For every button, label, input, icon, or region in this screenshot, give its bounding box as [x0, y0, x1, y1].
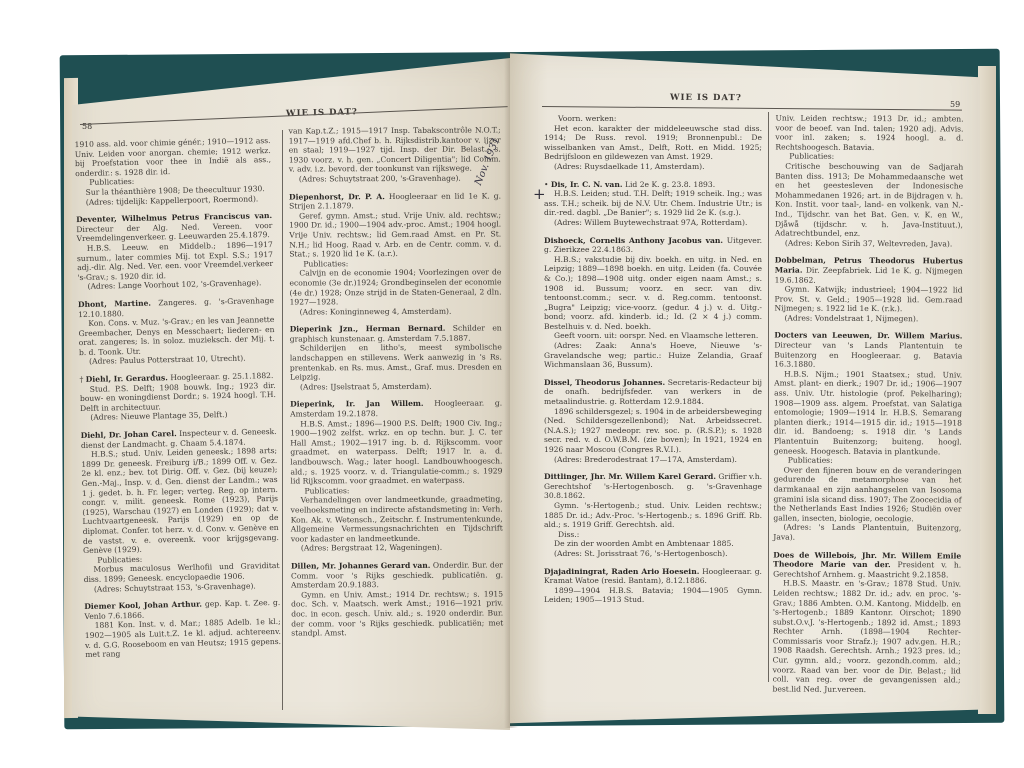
biography-entry: Dissel, Theodorus Johannes. Secretaris-R…: [544, 378, 762, 464]
biography-entry: Diemer Kool, Johan Arthur. gep. Kap. t. …: [84, 598, 281, 660]
entry-heading: 1910 ass. ald. voor chimie génér.; 1910—…: [74, 136, 271, 178]
entry-address: (Adres: Bergstraat 12, Wageningen).: [291, 543, 503, 554]
biography-entry: Dieperink Jzn., Herman Bernard. Schilder…: [290, 324, 502, 392]
entry-summary: Dir. Zeepfabriek. Lid 1e K. g. Nijmegen …: [775, 266, 963, 285]
biography-entry: Dittlinger, Jhr. Mr. Willem Karel Gerard…: [544, 472, 762, 558]
biography-entry: Dillen, Mr. Johannes Gerard van. Onderdi…: [291, 560, 503, 638]
biography-entry: Dobbelman, Petrus Theodorus Hubertus Mar…: [774, 256, 962, 324]
entry-publications-label: Diss.:: [544, 530, 762, 540]
biography-entry: 1910 ass. ald. voor chimie génér.; 1910—…: [74, 136, 271, 207]
biography-entry: Docters van Leeuwen, Dr. Willem Marius. …: [773, 331, 962, 543]
entry-summary: Univ. Leiden rechtsw.; 1913 Dr. id.; amb…: [775, 114, 963, 152]
entry-name: Dhont, Martine.: [78, 298, 151, 309]
entry-address: (Adres: Brederodestraat 17—17A, Amsterda…: [544, 455, 762, 465]
entry-publications-label: Voorn. werken:: [544, 114, 762, 124]
entry-summary: van Kap.t.Z.; 1915—1917 Insp. Tabakscont…: [289, 125, 501, 173]
entry-name: Dittlinger, Jhr. Mr. Willem Karel Gerard…: [544, 472, 716, 481]
entry-career: H.B.S. Maastr. en 's-Grav.; 1878 Stud. U…: [773, 579, 962, 695]
entry-summary: 1910 ass. ald. voor chimie génér.; 1910—…: [74, 136, 271, 178]
entry-name: Dis, Ir. C. N. van.: [551, 180, 623, 189]
entry-name: Dishoeck, Cornelis Anthony Jacobus van.: [544, 236, 723, 245]
header-rule: [542, 106, 962, 111]
entry-career: H.B.S. Leiden; stud. T.H. Delft; 1919 sc…: [544, 189, 762, 218]
handwritten-cross-mark: +: [533, 185, 546, 203]
entry-career: Schilderijen en litho's, meest symbolisc…: [290, 343, 502, 382]
entry-name: Docters van Leeuwen, Dr. Willem Marius.: [774, 331, 962, 341]
entry-name: Dieperink, Ir. Jan Willem.: [290, 399, 424, 409]
biography-entry: Univ. Leiden rechtsw.; 1913 Dr. id.; amb…: [775, 114, 964, 249]
entry-address: (Adres: IJselstraat 5, Amsterdam).: [290, 381, 502, 392]
entry-name: Dillen, Mr. Johannes Gerard van.: [291, 561, 431, 571]
entry-summary: Lid 2e K. g. 23.8. 1893.: [625, 180, 715, 189]
entry-publications: Critische beschouwing van de Sadjarah Ba…: [775, 161, 963, 239]
entry-heading: Dittlinger, Jhr. Mr. Willem Karel Gerard…: [544, 472, 762, 501]
biography-entry: • Dis, Ir. C. N. van. Lid 2e K. g. 23.8.…: [544, 180, 762, 228]
biography-entry: † Diehl, Ir. Gerardus. Hoogleeraar. g. 2…: [79, 371, 276, 423]
entry-heading: Docters van Leeuwen, Dr. Willem Marius. …: [774, 331, 962, 370]
entry-address: (Adres: Willem Buytewechstraat 97A, Rott…: [544, 218, 762, 228]
entry-name: Diepenhorst, Dr. P. A.: [289, 192, 385, 202]
entry-name: Dieperink Jzn., Herman Bernard.: [290, 324, 446, 334]
right-column-1: Voorn. werken:Het econ. karakter der mid…: [544, 114, 762, 613]
entry-heading: Djajadiningrat, Raden Ario Hoesein. Hoog…: [544, 567, 762, 586]
entry-address: (Adres: 's Lands Plantentuin, Buitenzorg…: [773, 523, 961, 543]
entry-career: 1896 schildersgezel; s. 1904 in de arbei…: [544, 407, 762, 455]
entry-heading: Dieperink Jzn., Herman Bernard. Schilder…: [290, 324, 502, 344]
biography-entry: Does de Willebois, Jhr. Mr. Willem Emile…: [773, 550, 962, 695]
entry-career: Kon. Cons. v. Muz. 's-Grav.; en les van …: [78, 315, 275, 357]
entry-heading: • Dis, Ir. C. N. van. Lid 2e K. g. 23.8.…: [544, 180, 762, 190]
entry-name: Diemer Kool, Johan Arthur.: [84, 600, 202, 611]
entry-address: (Adres: Ruysdaelkade 11, Amsterdam).: [544, 162, 762, 172]
biography-entry: Dieperink, Ir. Jan Willem. Hoogleeraar. …: [290, 399, 503, 554]
entry-heading: Univ. Leiden rechtsw.; 1913 Dr. id.; amb…: [775, 114, 963, 153]
entry-address: (Adres: St. Jorisstraat 76, 's-Hertogenb…: [544, 549, 762, 559]
entry-publications: Het econ. karakter der middeleeuwsche st…: [544, 124, 762, 162]
entry-address: (Adres: Zaak: Anna's Hoeve, Nieuwe 's-Gr…: [544, 341, 762, 370]
biography-entry: van Kap.t.Z.; 1915—1917 Insp. Tabakscont…: [289, 125, 501, 184]
entry-career: Geref. gymn. Amst.; stud. Vrije Univ. al…: [289, 210, 501, 259]
entry-heading: Dobbelman, Petrus Theodorus Hubertus Mar…: [775, 256, 963, 286]
running-head-right: WIE IS DAT?: [670, 93, 742, 104]
entry-career: H.B.S. Amst.; 1896—1900 P.S. Delft; 1900…: [290, 418, 502, 486]
biography-entry: Deventer, Wilhelmus Petrus Franciscus va…: [76, 211, 274, 292]
entry-summary: Directeur van 's Lands Plantentuin te Bu…: [774, 341, 962, 369]
entry-name: Dissel, Theodorus Johannes.: [544, 378, 665, 387]
entry-career: Gymn. 's-Hertogenb.; stud. Univ. Leiden …: [544, 501, 762, 530]
entry-heading: Dissel, Theodorus Johannes. Secretaris-R…: [544, 378, 762, 407]
entry-address: (Adres: Kebon Sirih 37, Weltevreden, Jav…: [775, 238, 963, 249]
column-separator: [282, 130, 283, 710]
entry-career: H.B.S. Nijm.; 1901 Staatsex.; stud. Univ…: [774, 369, 962, 456]
entry-name: Djajadiningrat, Raden Ario Hoesein.: [544, 567, 699, 576]
right-page: WIE IS DAT? 59 Voorn. werken:Het econ. k…: [510, 50, 980, 730]
entry-heading: Does de Willebois, Jhr. Mr. Willem Emile…: [773, 550, 961, 580]
biography-entry: Dhont, Martine. Zangeres. g. 's-Gravenha…: [78, 296, 275, 367]
entry-career: 1881 Kon. Inst. v. d. Mar.; 1885 Adelb. …: [85, 617, 282, 659]
entry-publications: Geeft voorn. uit: oorspr. Ned. en Vlaams…: [544, 331, 762, 341]
entry-heading: Diepenhorst, Dr. P. A. Hoogleeraar en li…: [289, 191, 501, 211]
entry-heading: Deventer, Wilhelmus Petrus Franciscus va…: [76, 211, 273, 244]
entry-address: (Adres: Vondelstraat 1, Nijmegen).: [774, 313, 962, 324]
entry-heading: van Kap.t.Z.; 1915—1917 Insp. Tabakscont…: [289, 125, 501, 174]
biography-entry: Diehl, Dr. Johan Carel. Inspecteur v. d.…: [81, 427, 280, 594]
biography-entry: Voorn. werken:Het econ. karakter der mid…: [544, 114, 762, 172]
entry-heading: Dieperink, Ir. Jan Willem. Hoogleeraar. …: [290, 399, 502, 419]
entry-career: Gymn. Katwijk; industrieel; 1904—1922 li…: [774, 285, 962, 315]
left-page: WIE IS DAT? 58 1910 ass. ald. voor chimi…: [72, 58, 510, 730]
entry-publications: De zin der woorden Ambt en Ambtenaar 188…: [544, 539, 762, 549]
entry-publications: Calvijn en de economie 1904; Voorlezinge…: [289, 268, 501, 307]
entry-address: (Adres: Koninginneweg 4, Amsterdam).: [290, 306, 502, 317]
biography-entry: Djajadiningrat, Raden Ario Hoesein. Hoog…: [544, 567, 762, 605]
biography-entry: Diepenhorst, Dr. P. A. Hoogleeraar en li…: [289, 191, 502, 317]
entry-career: Gymn. en Univ. Amst.; 1914 Dr. rechtsw.;…: [291, 589, 503, 638]
entry-address: (Adres: Schuytstraat 200, 's-Gravenhage)…: [289, 173, 501, 184]
entry-career: 1899—1904 H.B.S. Batavia; 1904—1905 Gymn…: [544, 586, 762, 605]
biography-entry: Dishoeck, Cornelis Anthony Jacobus van. …: [544, 236, 762, 370]
entry-career: Stud. P.S. Delft; 1908 bouwk. Ing.; 1923…: [80, 381, 277, 414]
entry-career: H.B.S. Leeuw. en Middelb.; 1896—1917 sur…: [77, 240, 274, 282]
right-column-2: Univ. Leiden rechtsw.; 1913 Dr. id.; amb…: [772, 114, 963, 703]
entry-heading: Dillen, Mr. Johannes Gerard van. Onderdi…: [291, 560, 503, 590]
entry-career: H.B.S.; vakstudie bij div. boekh. en uit…: [544, 255, 762, 332]
left-column-1: 1910 ass. ald. voor chimie génér.; 1910—…: [74, 136, 281, 668]
open-book: WIE IS DAT? 58 1910 ass. ald. voor chimi…: [58, 38, 1004, 730]
entry-publications: Verhandelingen over landmeetkunde, graad…: [291, 495, 503, 544]
entry-publications: Over den fijneren bouw en de verandering…: [773, 465, 961, 524]
page-number-right: 59: [950, 100, 960, 109]
page-edges-right: [978, 66, 996, 714]
entry-career: H.B.S.; stud. Univ. Leiden geneesk.; 189…: [81, 446, 279, 556]
entry-heading: Dishoeck, Cornelis Anthony Jacobus van. …: [544, 236, 762, 255]
left-column-2: van Kap.t.Z.; 1915—1917 Insp. Tabakscont…: [289, 125, 504, 646]
entry-name: Diehl, Ir. Gerardus.: [86, 373, 168, 384]
column-separator: [768, 112, 769, 682]
